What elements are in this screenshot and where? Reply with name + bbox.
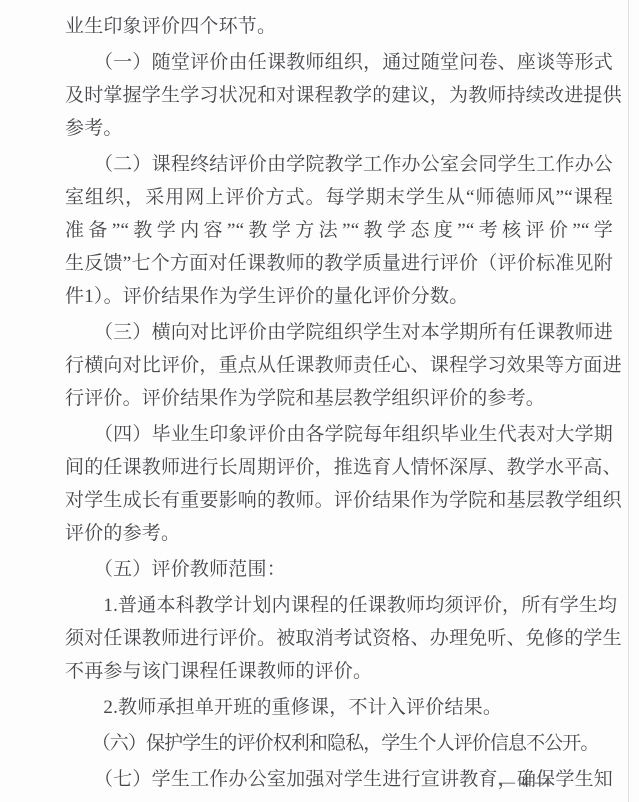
text-line: 件1）。评价结果作为学生评价的量化评价分数。 [65,280,613,313]
paragraph: （六）保护学生的评价权利和隐私，学生个人评价信息不公开。 [65,727,613,760]
text-line: 1.普通本科教学计划内课程的任课教师均须评价，所有学生均 [65,589,613,622]
paragraph: （五）评价教师范围： [65,553,613,586]
paragraph: 2.教师承担单开班的重修课，不计入评价结果。 [65,691,613,724]
document-body: 业生印象评价四个环节。 （一）随堂评价由任课教师组织，通过随堂问卷、座谈等形式及… [65,10,613,796]
page-number: — 4 — [499,773,552,793]
text-line: 室组织，采用网上评价方式。每学期末学生从“师德师风”“课程 [65,181,613,214]
page-edge-line [628,0,629,802]
text-line: 对学生成长有重要影响的教师。评价结果作为学院和基层教学组织 [65,484,613,517]
text-line: 评价的参考。 [65,517,613,550]
text-line: 参考。 [65,112,613,145]
paragraph: 业生印象评价四个环节。 [65,10,613,43]
paragraph: （四）毕业生印象评价由各学院每年组织毕业生代表对大学期间的任课教师进行长周期评价… [65,418,613,550]
text-line: （二）课程终结评价由学院教学工作办公室会同学生工作办公 [65,148,613,181]
text-line: 不再参与该门课程任课教师的评价。 [65,655,613,688]
text-line: （三）横向对比评价由学院组织学生对本学期所有任课教师进 [65,316,613,349]
text-line: 及时掌握学生学习状况和对课程教学的建议，为教师持续改进提供 [65,79,613,112]
text-line: 生反馈”七个方面对任课教师的教学质量进行评价（评价标准见附 [65,247,613,280]
text-line: 准备”“教学内容”“教学方法”“教学态度”“考核评价”“学 [65,214,613,247]
text-line: 须对任课教师进行评价。被取消考试资格、办理免听、免修的学生 [65,622,613,655]
text-line: 业生印象评价四个环节。 [65,10,613,43]
paragraph: 1.普通本科教学计划内课程的任课教师均须评价，所有学生均须对任课教师进行评价。被… [65,589,613,688]
text-line: （五）评价教师范围： [65,553,613,586]
text-line: 行横向对比评价，重点从任课教师责任心、课程学习效果等方面进 [65,349,613,382]
text-line: 行评价。评价结果作为学院和基层教学组织评价的参考。 [65,382,613,415]
paragraph: （三）横向对比评价由学院组织学生对本学期所有任课教师进行横向对比评价，重点从任课… [65,316,613,415]
text-line: （六）保护学生的评价权利和隐私，学生个人评价信息不公开。 [65,727,613,760]
paragraph: （二）课程终结评价由学院教学工作办公室会同学生工作办公室组织，采用网上评价方式。… [65,148,613,313]
text-line: 2.教师承担单开班的重修课，不计入评价结果。 [65,691,613,724]
paragraph: （一）随堂评价由任课教师组织，通过随堂问卷、座谈等形式及时掌握学生学习状况和对课… [65,46,613,145]
text-line: （一）随堂评价由任课教师组织，通过随堂问卷、座谈等形式 [65,46,613,79]
text-line: （四）毕业生印象评价由各学院每年组织毕业生代表对大学期 [65,418,613,451]
text-line: 间的任课教师进行长周期评价，推选育人情怀深厚、教学水平高、 [65,451,613,484]
document-page: 业生印象评价四个环节。 （一）随堂评价由任课教师组织，通过随堂问卷、座谈等形式及… [0,0,639,802]
